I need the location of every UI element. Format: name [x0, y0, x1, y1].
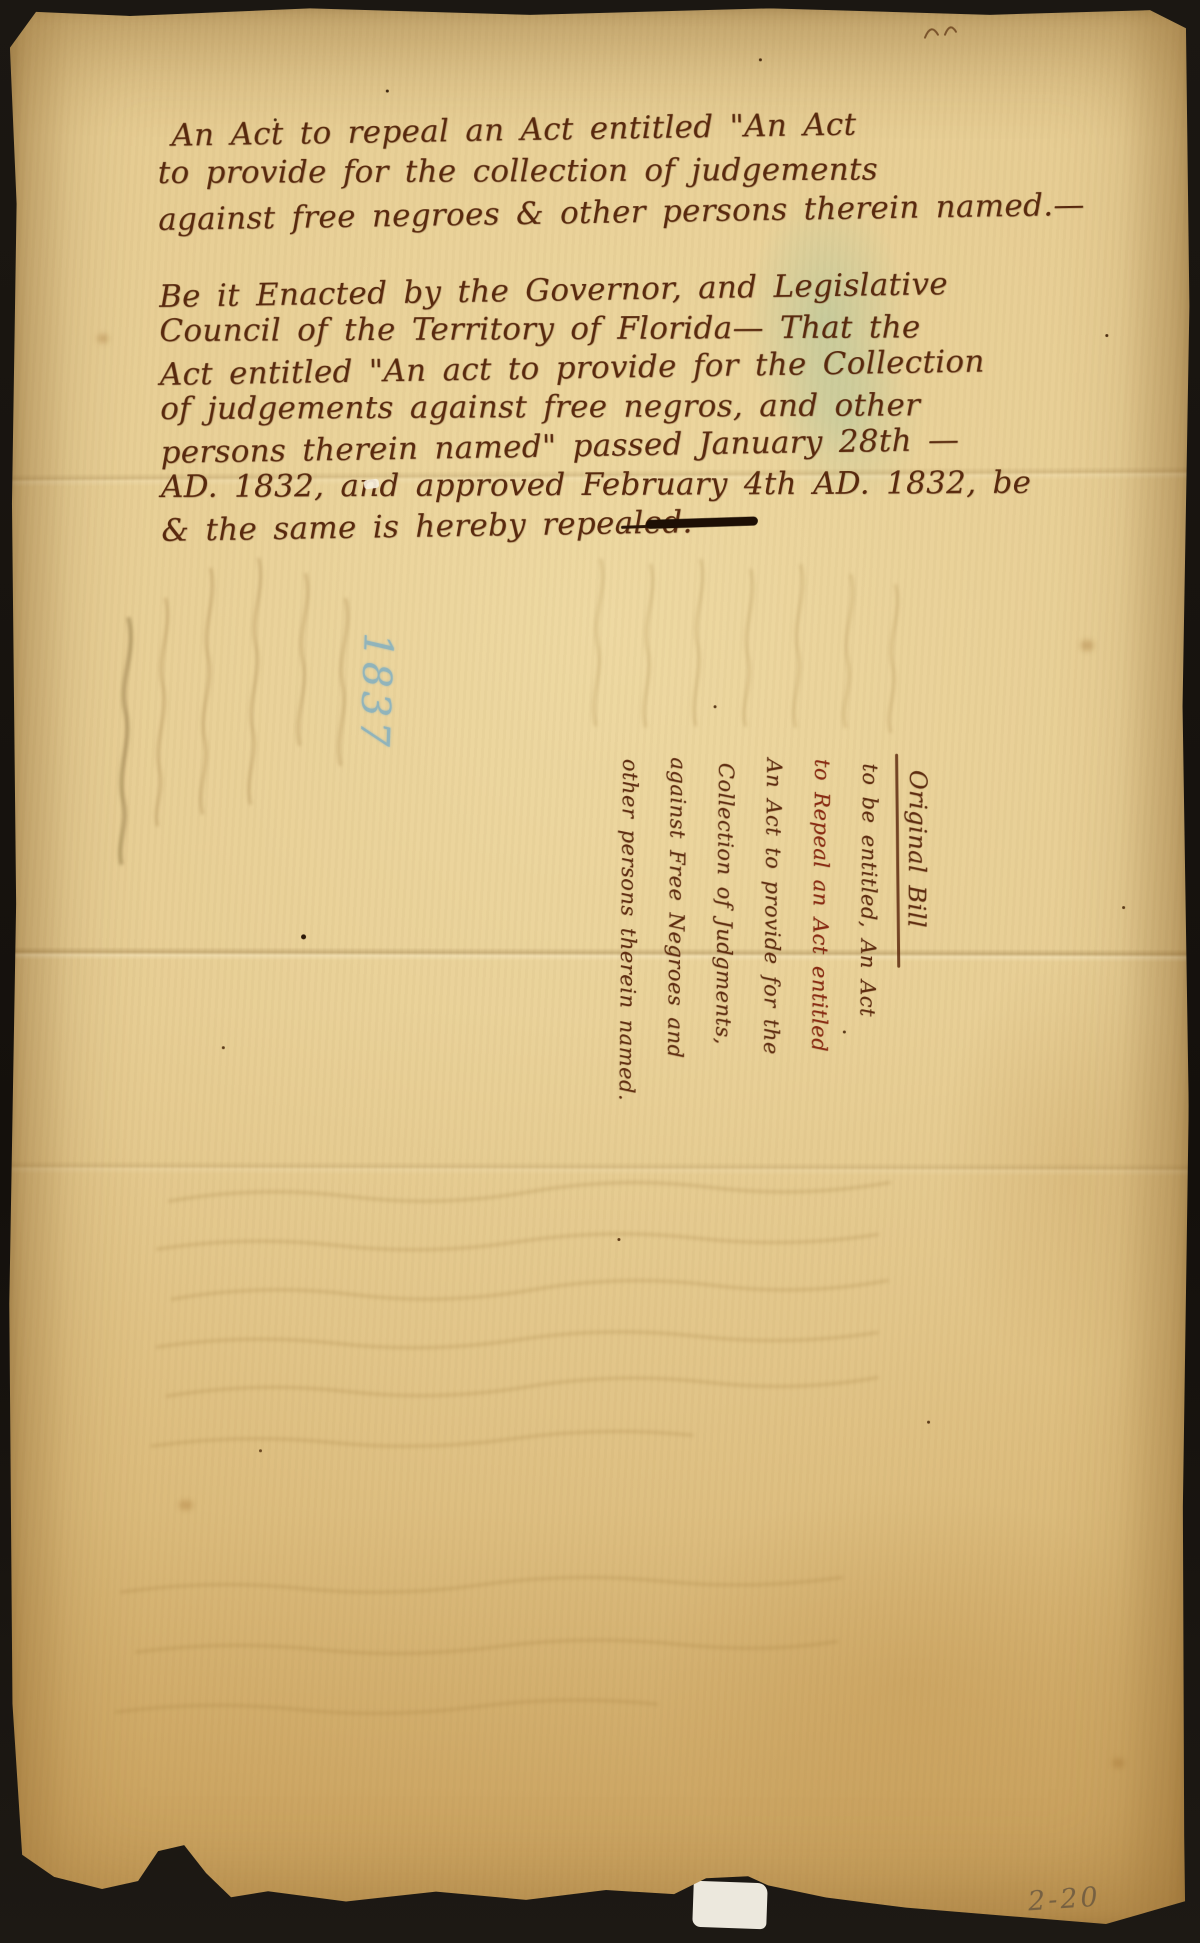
docket-title-block: Original Billto be entitled, An Actto Re…	[560, 798, 981, 1139]
docket-line: against Free Negroes and	[650, 757, 703, 1177]
docket-line: An Act to provide for the	[746, 758, 799, 1178]
blue-pencil-annotation: 1837	[295, 611, 455, 771]
docket-line: to be entitled, An Act	[842, 759, 895, 1179]
foxing-spot	[97, 334, 108, 343]
corner-ink-mark	[915, 12, 965, 48]
act-text: An Act to repeal an Act entitled "An Act…	[157, 104, 1021, 549]
docket-line: other persons therein named.	[602, 757, 655, 1177]
archival-blue-numeral: 1837	[293, 609, 459, 775]
foxing-spot	[1112, 1758, 1124, 1768]
manuscript-paper: An Act to repeal an Act entitled "An Act…	[6, 4, 1194, 1931]
docket-line: Collection of Judgments,	[698, 758, 751, 1178]
foxing-spot	[179, 1500, 193, 1510]
foxing-spot	[1081, 640, 1094, 651]
docket-line: Original Bill	[892, 760, 942, 929]
paper-chip	[692, 1881, 768, 1930]
pencil-page-number: 2-20	[1027, 1882, 1102, 1918]
docket-line: to Repeal an Act entitled	[794, 759, 847, 1179]
act-body-paragraph: Be it Enacted by the Governor, and Legis…	[159, 267, 1022, 549]
act-title-paragraph: An Act to repeal an Act entitled "An Act…	[157, 104, 1018, 239]
water-stain	[646, 1485, 1167, 1886]
document-scan: An Act to repeal an Act entitled "An Act…	[0, 0, 1200, 1943]
ink-specks	[10, 4, 13, 7]
docket-text: Original Billto be entitled, An Actto Re…	[598, 757, 943, 1181]
